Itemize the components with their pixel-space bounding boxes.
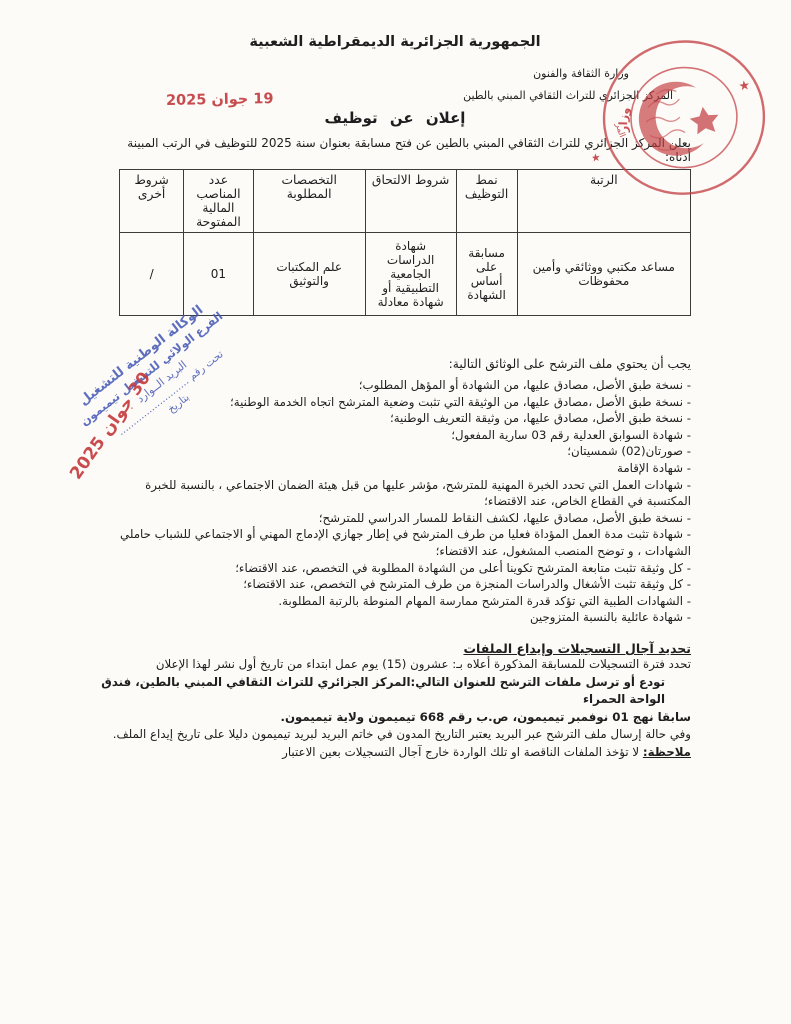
deadline-line-3: سابقا نهج 01 نوفمبر تيميمون، ص.ب رقم 668…: [99, 709, 691, 727]
note-text: لا تؤخذ الملفات الناقصة او تلك الواردة خ…: [282, 745, 643, 759]
deadline-line-4: وفي حالة إرسال ملف الترشح عبر البريد يعت…: [99, 726, 691, 744]
note-label: ملاحظة:: [643, 745, 691, 759]
list-item: - شهادة تثبت مدة العمل المؤداة فعليا من …: [99, 526, 691, 559]
deadline-line-2: تودع أو ترسل ملفات الترشح للعنوان التالي…: [99, 674, 691, 709]
deadline-section-heading: تحديد آجال التسجيلات وإيداع الملفات: [99, 641, 691, 656]
list-item: - شهادات العمل التي تحدد الخبرة المهنية …: [99, 477, 691, 510]
official-round-stamp-icon: وزارة الثقافـة والفنون المركز الجزائري ل…: [577, 21, 785, 215]
table-header-specialties: التخصصات المطلوبة: [253, 170, 365, 233]
list-item: - كل وثيقة تثبت الأشغال والدراسات المنجز…: [99, 576, 691, 593]
list-item: - نسخة طبق الأصل، مصادق عليها، من وثيقة …: [99, 410, 691, 427]
star-icon: ★: [738, 78, 752, 94]
table-cell-conditions: شهادة الدراسات الجامعية التطبيقية أو شها…: [365, 233, 456, 316]
table-cell-mode: مسابقة على أساس الشهادة: [456, 233, 517, 316]
table-cell-other: /: [120, 233, 184, 316]
list-item: - الشهادات الطبية التي تؤكد قدرة المترشح…: [99, 593, 691, 610]
list-item: - شهادة عائلية بالنسبة المتزوجين: [99, 609, 691, 626]
star-icon: [688, 105, 720, 135]
list-item: - كل وثيقة تثبت متابعة المترشح تكوينا أع…: [99, 560, 691, 577]
list-item: - نسخة طبق الأصل، مصادق عليها، لكشف النق…: [99, 510, 691, 527]
documents-list: - نسخة طبق الأصل، مصادق عليها، من الشهاد…: [99, 377, 691, 626]
table-header-other: شروط أخرى: [120, 170, 184, 233]
table-header-mode: نمط التوظيف: [456, 170, 517, 233]
list-item: - شهادة السوابق العدلية رقم 03 سارية الم…: [99, 427, 691, 444]
date-stamp: 19 جوان 2025: [166, 91, 274, 109]
table-cell-rank: مساعد مكتبي ووثائقي وأمين محفوظات: [517, 233, 690, 316]
table-header-positions: عدد المناصب المالية المفتوحة: [184, 170, 253, 233]
table-header-conditions: شروط الالتحاق: [365, 170, 456, 233]
scanned-document-page: الجمهورية الجزائرية الديمقراطية الشعبية …: [0, 0, 791, 1024]
list-item: - صورتان(02) شمسيتان؛: [99, 443, 691, 460]
list-item: - شهادة الإقامة: [99, 460, 691, 477]
table-cell-specialties: علم المكتبات والتوثيق: [253, 233, 365, 316]
deadline-line-1: تحدد فترة التسجيلات للمسابقة المذكورة أع…: [99, 656, 691, 674]
note-line: ملاحظة: لا تؤخذ الملفات الناقصة او تلك ا…: [99, 744, 691, 762]
